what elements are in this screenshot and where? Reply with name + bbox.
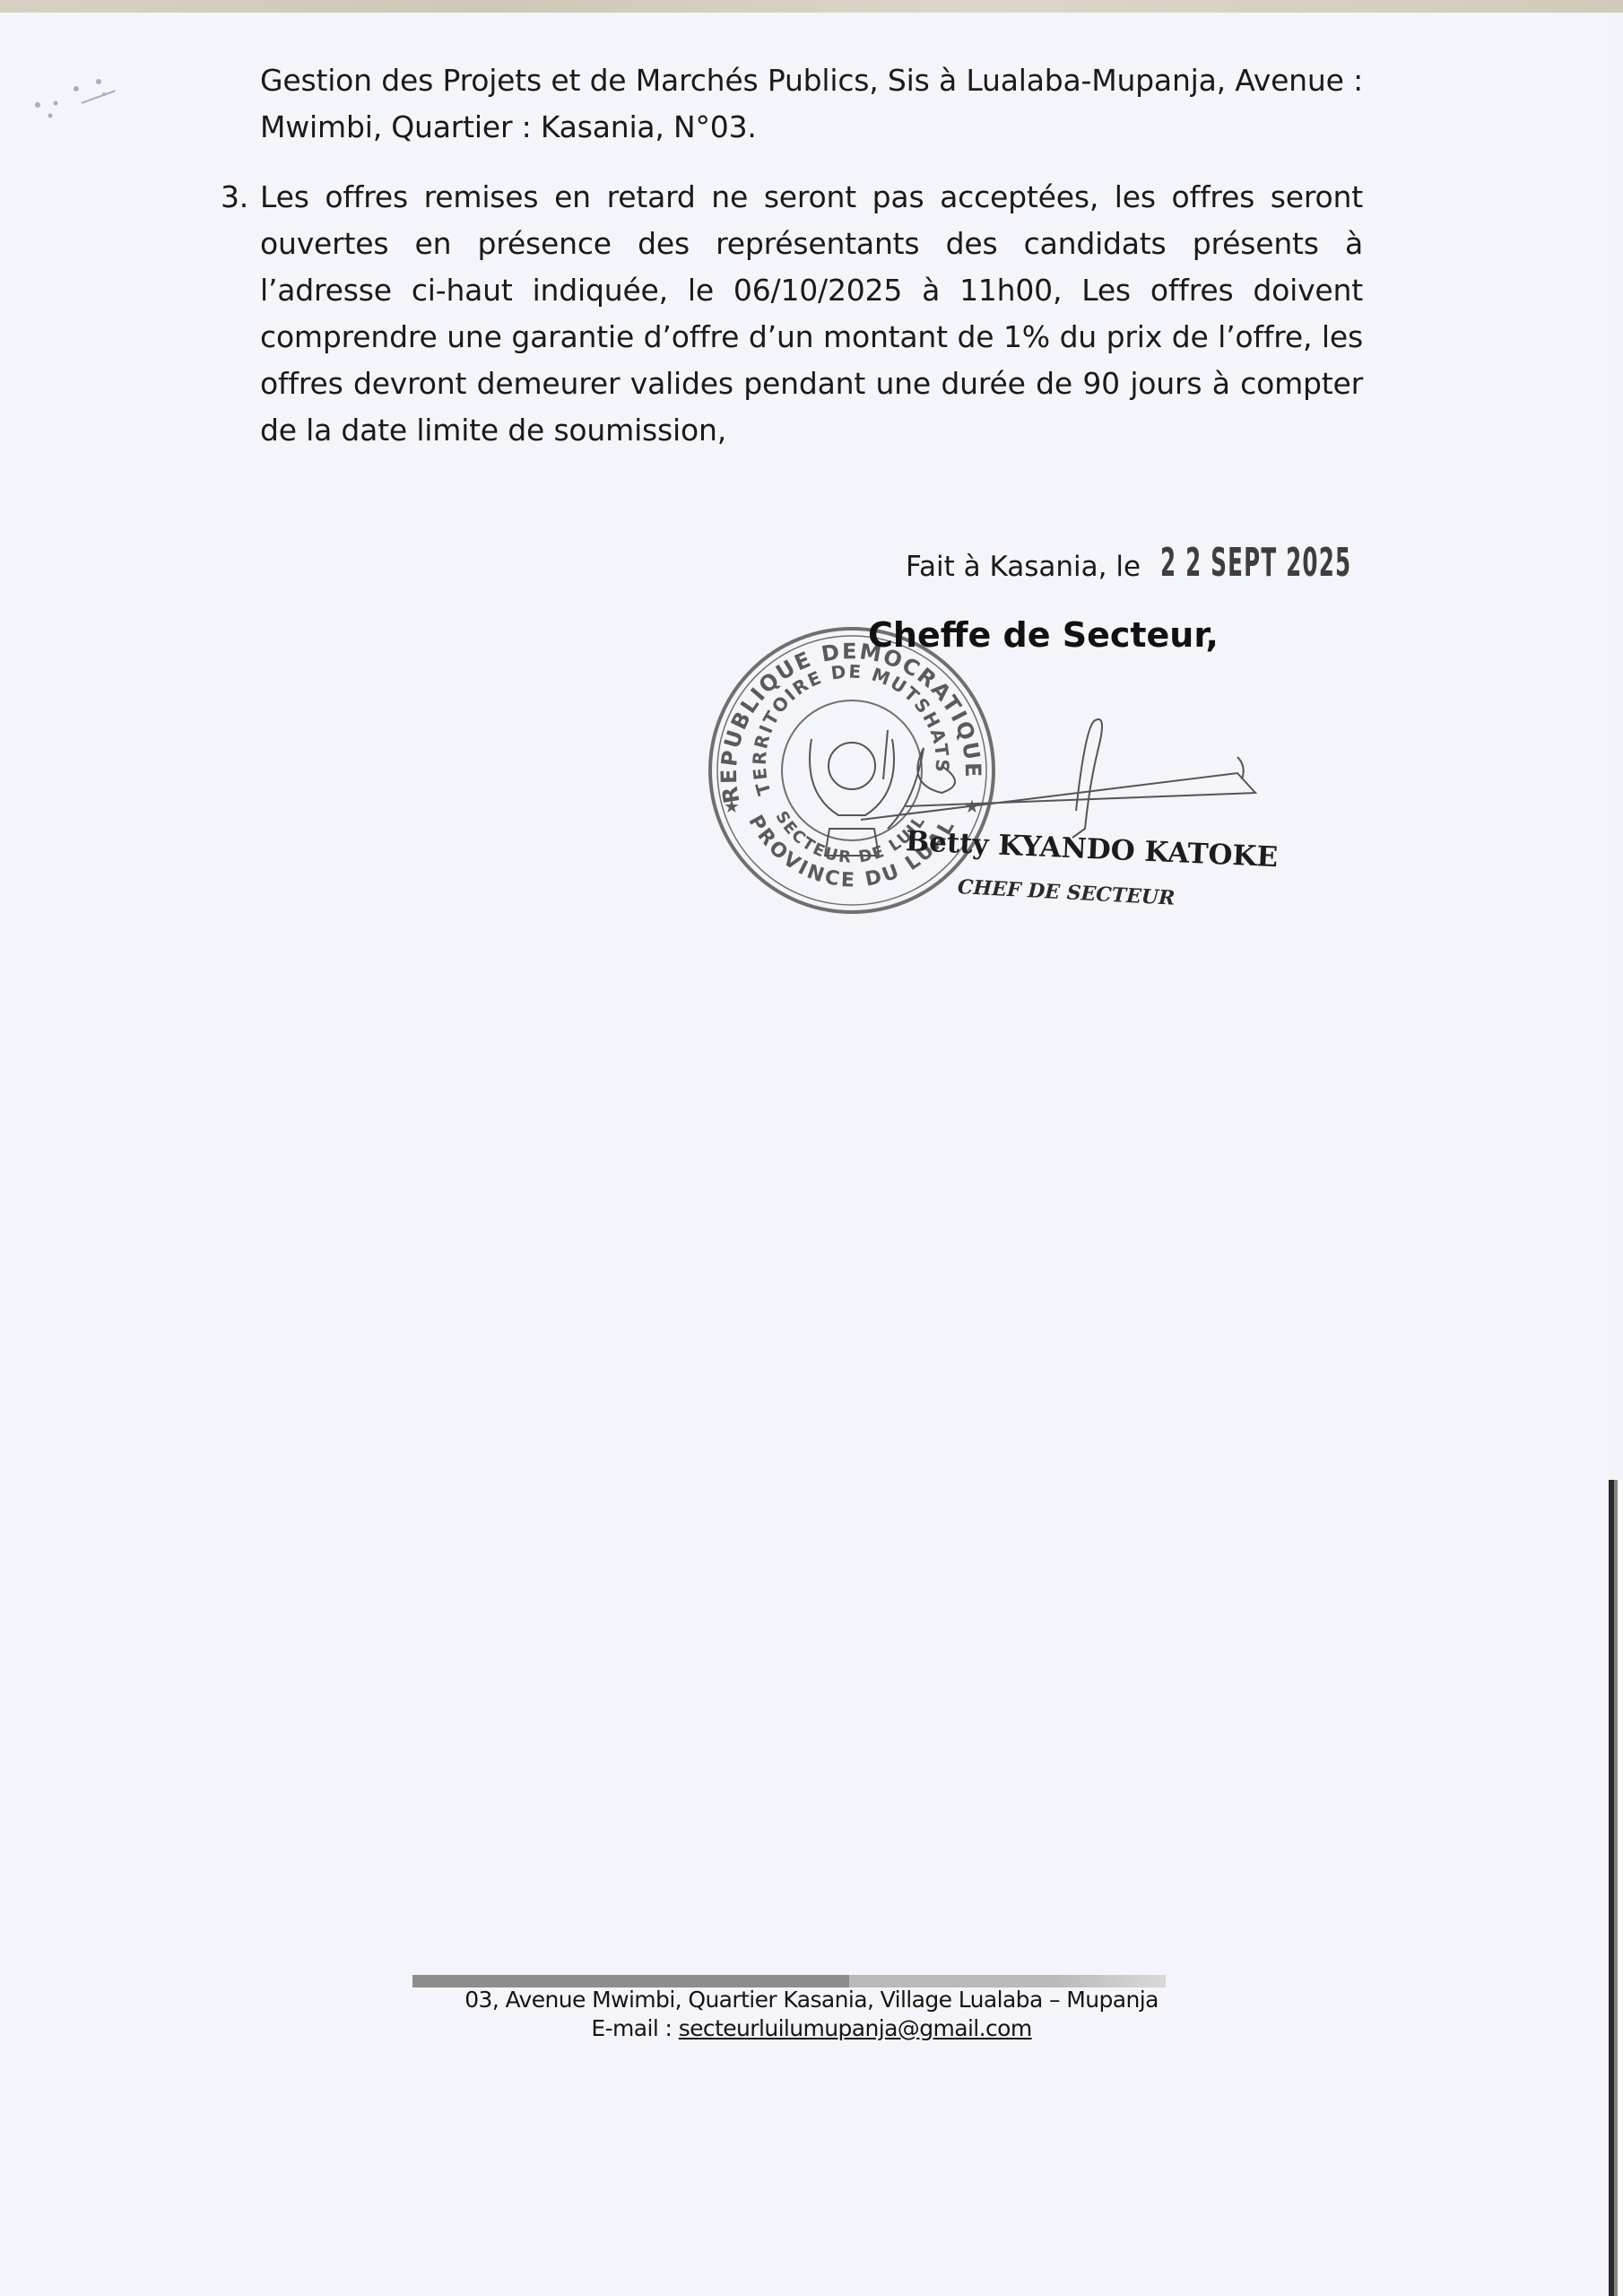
svg-text:★: ★ (724, 796, 740, 817)
list-item-3: 3. Les offres remises en retard ne seron… (260, 174, 1363, 454)
footer-email-line: E-mail : secteurluilumupanja@gmail.com (359, 2014, 1264, 2043)
footer-email-label: E-mail : (591, 2015, 678, 2041)
ink-smudge-mark (27, 62, 161, 125)
document-page: Gestion des Projets et de Marchés Public… (0, 13, 1609, 2296)
footer-email-link[interactable]: secteurluilumupanja@gmail.com (679, 2015, 1032, 2041)
place-date-prefix: Fait à Kasania, le (906, 551, 1141, 583)
scan-top-edge (0, 0, 1623, 13)
footer: 03, Avenue Mwimbi, Quartier Kasania, Vil… (359, 1986, 1264, 2043)
list-item-number: 3. (221, 174, 248, 221)
footer-address: 03, Avenue Mwimbi, Quartier Kasania, Vil… (359, 1986, 1264, 2014)
list-item-text: Les offres remises en retard ne seront p… (260, 179, 1363, 448)
scan-right-edge (1609, 1480, 1623, 2296)
handwritten-signature (861, 694, 1273, 847)
date-stamp: 2 2 SEPT 2025 (1160, 540, 1351, 586)
intro-paragraph: Gestion des Projets et de Marchés Public… (260, 57, 1363, 151)
signer-title: Cheffe de Secteur, (868, 615, 1219, 655)
place-date-line: Fait à Kasania, le 2 2 SEPT 2025 (906, 540, 1469, 586)
